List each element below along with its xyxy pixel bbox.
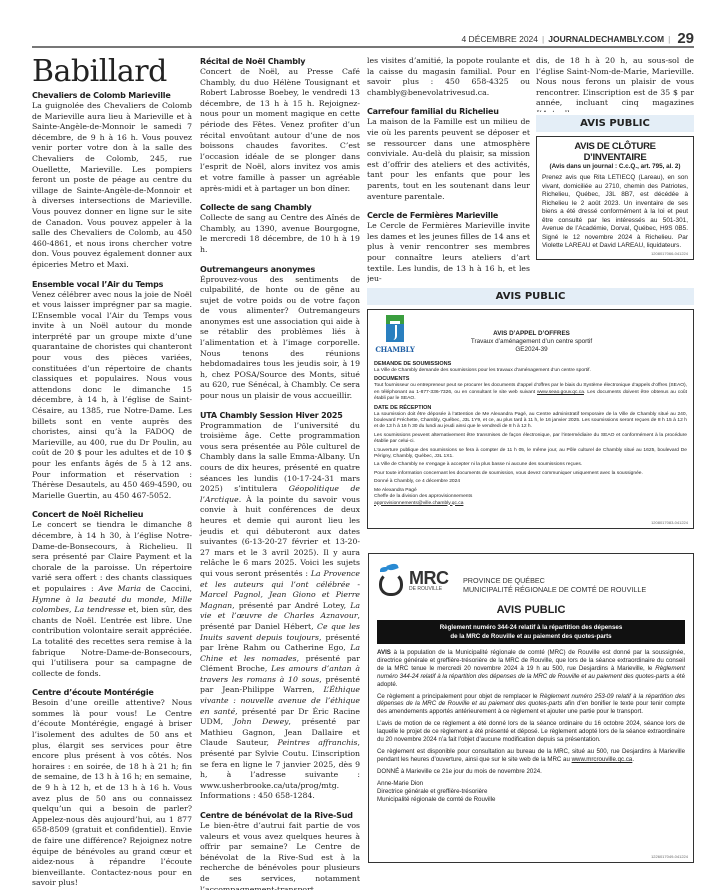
item-title: Collecte de sang Chambly bbox=[200, 202, 360, 213]
separator: | bbox=[542, 34, 544, 44]
item-body: La guignolée des Chevaliers de Colomb de… bbox=[32, 101, 192, 271]
text: de Caccini, bbox=[141, 584, 192, 593]
notice-box: AVIS DE CLÔTURE D’INVENTAIRE (Avis dans … bbox=[536, 136, 694, 260]
notice-body: Prenez avis que Rita LETIECQ (Lareau), e… bbox=[542, 174, 688, 251]
lead-word: AVIS bbox=[377, 649, 391, 656]
text: Programmation de l’université du troisiè… bbox=[200, 421, 360, 494]
text: . À la pointe du savoir vous convie à hu… bbox=[200, 495, 360, 578]
signature-role: Directrice générale et greffière-trésori… bbox=[377, 788, 685, 796]
logo-big: MRC bbox=[409, 570, 453, 586]
paragraph: L’avis de motion de ce règlement a été d… bbox=[377, 720, 685, 744]
text: Le concert se tiendra le dimanche 8 déce… bbox=[32, 520, 192, 593]
notice-inventory: AVIS PUBLIC AVIS DE CLÔTURE D’INVENTAIRE… bbox=[536, 115, 694, 260]
text: . bbox=[632, 756, 634, 763]
bar-line: Règlement numéro 344-24 relatif à la rép… bbox=[377, 623, 685, 632]
item-title: Cercle de Fermières Marieville bbox=[367, 210, 530, 221]
course-title: John Dewey bbox=[234, 717, 289, 726]
text: et, bien sûr, des chants de Noël. L’entr… bbox=[32, 605, 192, 678]
item-body: Le Cercle de Fermières Marieville invite… bbox=[367, 221, 530, 285]
province: PROVINCE DE QUÉBEC bbox=[463, 576, 646, 585]
paragraph: L’ouverture publique des soumissions se … bbox=[374, 448, 687, 461]
section-heading: DATE DE RÉCEPTION bbox=[374, 405, 687, 412]
text: Ce règlement est disponible pour consult… bbox=[377, 748, 685, 763]
item-body-continued: dis, de 18 h à 20 h, au sous-sol de l’ég… bbox=[536, 56, 694, 112]
seao-link[interactable]: www.seao.gouv.qc.ca bbox=[537, 390, 584, 395]
section-title: Babillard bbox=[32, 56, 192, 88]
paragraph: La Ville de Chambly ne s’engage à accept… bbox=[374, 462, 687, 468]
jurisdiction: PROVINCE DE QUÉBEC MUNICIPALITÉ RÉGIONAL… bbox=[463, 568, 646, 594]
magazine-title: L’Actuelle bbox=[536, 109, 574, 112]
municipality: MUNICIPALITÉ RÉGIONALE DE COMTÉ DE ROUVI… bbox=[463, 585, 646, 594]
notice-box: CHAMBLY AVIS D’APPEL D’OFFRES Travaux d’… bbox=[367, 309, 694, 529]
text: , bbox=[164, 595, 172, 604]
notice-ref: 1208017066-041224 bbox=[542, 251, 688, 256]
paragraph: Donné à Chambly, ce 4 décembre 2024 bbox=[374, 479, 687, 485]
notice-ref: 1208017083-041224 bbox=[651, 520, 688, 525]
notice-title: AVIS DE CLÔTURE D’INVENTAIRE bbox=[542, 141, 688, 163]
item-title: Ensemble vocal l’Air du Temps bbox=[32, 279, 192, 290]
item-body: Éprouvez-vous des sentiments de culpabil… bbox=[200, 275, 360, 402]
notice-subtitle: (Avis dans un journal : C.c.Q., art. 795… bbox=[542, 163, 688, 171]
notice-heading: AVIS D’APPEL D’OFFRES Travaux d’aménagem… bbox=[416, 315, 687, 353]
section-text: Tout fournisseur ou entrepreneur peut se… bbox=[374, 383, 687, 402]
column-2: Récital de Noël Chambly Concert de Noël,… bbox=[200, 56, 360, 890]
notice-header: CHAMBLY AVIS D’APPEL D’OFFRES Travaux d’… bbox=[374, 315, 687, 361]
page-number: 29 bbox=[677, 30, 694, 47]
paragraph: Ce règlement est disponible pour consult… bbox=[377, 748, 685, 764]
item-title: Carrefour familial du Richelieu bbox=[367, 106, 530, 117]
item-title: Récital de Noël Chambly bbox=[200, 56, 360, 67]
item-body-continued: les visites d’amitié, la popote roulante… bbox=[367, 56, 530, 98]
notice-mrc: MRC DE ROUVILLE PROVINCE DE QUÉBEC MUNIC… bbox=[368, 553, 694, 863]
separator: | bbox=[668, 34, 670, 44]
header-info: 4 DÉCEMBRE 2024 | JOURNALDECHAMBLY.COM |… bbox=[461, 30, 694, 47]
item-body: Le concert se tiendra le dimanche 8 déce… bbox=[32, 520, 192, 679]
text: , présenté par Sylvie Coutu. L’inscripti… bbox=[200, 738, 360, 800]
paragraph: Pour toute information concernant les do… bbox=[374, 471, 687, 477]
notice-header: MRC DE ROUVILLE PROVINCE DE QUÉBEC MUNIC… bbox=[377, 560, 685, 602]
mrc-website-link[interactable]: www.mrcrouville.qc.ca bbox=[572, 756, 633, 763]
song-title: La tendresse bbox=[74, 605, 125, 614]
signature-name: Me Alexandra Pagé bbox=[374, 488, 417, 493]
notice-band: AVIS PUBLIC bbox=[536, 115, 694, 132]
chambly-logo: CHAMBLY bbox=[374, 315, 416, 357]
item-title: Concert de Noël Richelieu bbox=[32, 509, 192, 520]
section-text: La Ville de Chambly demande des soumissi… bbox=[374, 368, 687, 374]
notice-title: AVIS D’APPEL D’OFFRES bbox=[416, 330, 647, 338]
song-title: Hymne à la beauté du monde bbox=[32, 595, 164, 604]
course-title: Peintres affranchis bbox=[278, 738, 358, 747]
notice-ref: 1226017049-041224 bbox=[651, 854, 688, 859]
signature-role: Cheffe de la division des approvisionnem… bbox=[374, 494, 472, 499]
signature-name: Anne-Marie Dion bbox=[377, 780, 685, 788]
notice-band: AVIS PUBLIC bbox=[367, 288, 694, 305]
paragraph: AVIS à la population de la Municipalité … bbox=[377, 649, 685, 689]
section-heading: DEMANDE DE SOUMISSIONS bbox=[374, 361, 687, 368]
mrc-apple-logo-icon bbox=[377, 564, 407, 598]
song-title: Ave Maria bbox=[98, 584, 141, 593]
signature-org: Municipalité régionale de comté de Rouvi… bbox=[377, 796, 685, 804]
item-title: Centre de bénévolat de la Rive-Sud bbox=[200, 810, 360, 821]
notice-title: AVIS PUBLIC bbox=[377, 604, 685, 616]
signature-email-link[interactable]: approvisionnements@ville.chambly.qc.ca bbox=[374, 501, 463, 506]
item-title: Centre d’écoute Montérégie bbox=[32, 687, 192, 698]
page-header: 4 DÉCEMBRE 2024 | JOURNALDECHAMBLY.COM |… bbox=[32, 28, 694, 48]
item-body: Concert de Noël, au Presse Café Chambly,… bbox=[200, 67, 360, 194]
regulation-title-bar: Règlement numéro 344-24 relatif à la rép… bbox=[377, 620, 685, 644]
column-3: les visites d’amitié, la popote roulante… bbox=[367, 56, 530, 288]
text: à la population de la Municipalité régio… bbox=[377, 649, 685, 672]
signature: Anne-Marie Dion Directrice générale et g… bbox=[377, 780, 685, 804]
text: , présenté par André Lotey, bbox=[232, 601, 350, 610]
column-1: Babillard Chevaliers de Colomb Marievill… bbox=[32, 56, 192, 889]
mrc-logo-text: MRC DE ROUVILLE bbox=[409, 570, 453, 592]
item-body: Besoin d’une oreille attentive? Nous som… bbox=[32, 698, 192, 889]
item-body: Le bien-être d’autrui fait partie de vos… bbox=[200, 821, 360, 890]
header-rule bbox=[32, 46, 694, 48]
paragraph: Les soumissions peuvent alternativement … bbox=[374, 433, 687, 446]
text: Ce règlement a principalement pour objet… bbox=[377, 693, 540, 700]
section-text: La soumission doit être déposée à l’atte… bbox=[374, 412, 687, 431]
item-body: Programmation de l’université du troisiè… bbox=[200, 421, 360, 802]
notice-code: GE2024-39 bbox=[416, 346, 647, 354]
item-title: Outremangeurs anonymes bbox=[200, 264, 360, 275]
item-body: Collecte de sang au Centre des Aînés de … bbox=[200, 213, 360, 255]
issue-date: 4 DÉCEMBRE 2024 bbox=[461, 34, 538, 44]
site-link[interactable]: JOURNALDECHAMBLY.COM bbox=[548, 34, 664, 44]
bar-line: de la MRC de Rouville et au paiement des… bbox=[377, 632, 685, 641]
item-title: Chevaliers de Colomb Marieville bbox=[32, 90, 192, 101]
signature: Me Alexandra Pagé Cheffe de la division … bbox=[374, 488, 687, 507]
paragraph: DONNÉ à Marieville ce 21e jour du mois d… bbox=[377, 768, 685, 776]
chambly-emblem-icon bbox=[386, 315, 404, 342]
item-body: Venez célébrer avec nous la joie de Noël… bbox=[32, 290, 192, 502]
item-body: La maison de la Famille est un milieu de… bbox=[367, 117, 530, 202]
notice-chambly: AVIS PUBLIC CHAMBLY AVIS D’APPEL D’OFFRE… bbox=[367, 288, 694, 529]
logo-text: CHAMBLY bbox=[374, 345, 416, 354]
notice-subtitle: Travaux d’aménagement d’un centre sporti… bbox=[416, 338, 647, 346]
column-4: dis, de 18 h à 20 h, au sous-sol de l’ég… bbox=[536, 56, 694, 112]
item-title: UTA Chambly Session Hiver 2025 bbox=[200, 410, 360, 421]
paragraph: Ce règlement a principalement pour objet… bbox=[377, 693, 685, 717]
